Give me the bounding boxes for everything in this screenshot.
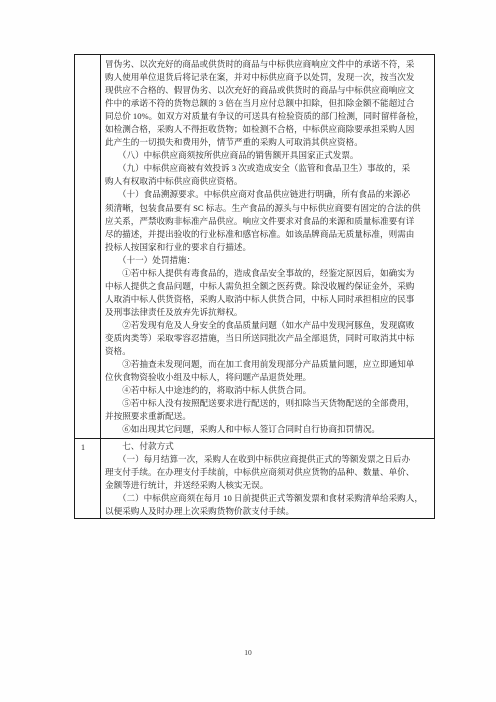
text-line: 及刑事法律责任及放弃先诉抗辩权。 (105, 306, 432, 319)
text-line: 理支付手续。在办理支付手续前，中标供应商须对供应货物的品种、数量、单价、 (105, 466, 432, 479)
text-line: 应关系，严禁收购非标准产品供应。响应文件要求对食品的来源和质量标准要有详 (105, 215, 432, 228)
text-line: ③若抽查未发现问题，而在加工食用前发现部分产品质量问题，应立即通知单 (105, 358, 432, 371)
text-line: （二）中标供应商须在每月 10 日前提供正式等额发票和食材采购清单给采购人， (105, 492, 432, 505)
text-line: 变质肉类等）采取零容忍措施，当日所送同批次产品全部退货，同时可取消其中标 (105, 332, 432, 345)
text-line: 资格。 (105, 345, 432, 358)
text-line: （十一）处罚措施： (105, 254, 432, 267)
text-line: （十）食品溯源要求。中标供应商对食品供应链进行明确，所有食品的来源必 (105, 188, 432, 201)
text-line: 购人有权取消中标供应商供应资格。 (105, 175, 432, 188)
text-line: ⑥如出现其它问题，采购人和中标人签订合同时自行协商扣罚情况。 (105, 423, 432, 436)
text-line: ④若中标人中途违约的，将取消中标人供货合同。 (105, 384, 432, 397)
text-line: ②若发现有危及人身安全的食品质量问题（如水产品中发现河豚鱼，发现腐败 (105, 319, 432, 332)
quality-penalty-clauses-cell: 冒伪劣、以次充好的商品或供货时的商品与中标供应商响应文件中的承诺不符，采购人使用… (101, 55, 434, 438)
row-number-cell (75, 55, 101, 438)
text-line: 现供应不合格的、假冒伪劣、以次充好的商品或供货时的商品与中标供应商响应文 (105, 84, 432, 97)
text-line: 以便采购人及时办理上次采购货物价款支付手续。 (105, 505, 432, 518)
page-number: 10 (0, 648, 496, 657)
payment-terms-cell: 七、付款方式 （一）每月结算一次，采购人在收到中标供应商提供正式的等额发票之日后… (101, 439, 434, 518)
table-row-quality-penalty-clauses: 冒伪劣、以次充好的商品或供货时的商品与中标供应商响应文件中的承诺不符，采购人使用… (75, 55, 434, 438)
text-line: 七、付款方式 (105, 440, 432, 453)
text-line: （九）中标供应商被有效投诉 3 次或造成安全（监管和食品卫生）事故的，采 (105, 162, 432, 175)
table-row-payment-terms: 1 七、付款方式 （一）每月结算一次，采购人在收到中标供应商提供正式的等额发票之… (75, 438, 434, 518)
text-line: 购人使用单位退货后将记录在案，并对中标供应商予以处罚，发现一次，按当次发 (105, 71, 432, 84)
text-line: （一）每月结算一次，采购人在收到中标供应商提供正式的等额发票之日后办 (105, 453, 432, 466)
text-line: 位伙食物资验收小组及中标人，将问题产品退货处理。 (105, 371, 432, 384)
text-line: 金额等进行统计，并送经采购人核实无误。 (105, 479, 432, 492)
text-line: 须清晰，包装食品要有 SC 标志。生产食品的源头与中标供应商要有固定的合法的供 (105, 202, 432, 215)
text-line: 中标人提供之食品问题，中标人需负担全额之医药费。除没收履约保证金外，采购 (105, 280, 432, 293)
text-line: 冒伪劣、以次充好的商品或供货时的商品与中标供应商响应文件中的承诺不符，采 (105, 58, 432, 71)
text-line: 此产生的一切损失和费用外，情节严重的采购人可取消其供应资格。 (105, 136, 432, 149)
document-page: 冒伪劣、以次充好的商品或供货时的商品与中标供应商响应文件中的承诺不符，采购人使用… (0, 0, 496, 702)
text-line: 并按照要求重新配送。 (105, 410, 432, 423)
row-number-cell: 1 (75, 439, 101, 518)
text-line: ①若中标人提供有毒食品的，造成食品安全事故的，经鉴定原因后，如确实为 (105, 267, 432, 280)
contract-terms-table: 冒伪劣、以次充好的商品或供货时的商品与中标供应商响应文件中的承诺不符，采购人使用… (74, 54, 435, 519)
text-line: 人取消中标人供货资格，采购人取消中标人供货合同，中标人同时承担相应的民事 (105, 293, 432, 306)
text-line: （八）中标供应商须按所供应商品的销售额开具国家正式发票。 (105, 149, 432, 162)
text-line: 投标人按国家和行业的要求自行描述。 (105, 241, 432, 254)
text-line: 如检测合格，采购人不得拒收货物；如检测不合格，中标供应商除要承担采购人因 (105, 123, 432, 136)
text-line: ⑤若中标人没有按照配送要求进行配送的，则扣除当天货物配送的全部费用， (105, 397, 432, 410)
text-line: 尽的描述，并提出验收的行业标准和感官标准。如该品牌商品无质量标准，则需由 (105, 228, 432, 241)
text-line: 件中的承诺不符的货物总额的 3 倍在当月应付总额中扣除，但扣除金额不能超过合 (105, 97, 432, 110)
text-line: 同总价 10%。如双方对质量有争议的可送具有检验资质的部门检测，同时留样备检， (105, 110, 432, 123)
